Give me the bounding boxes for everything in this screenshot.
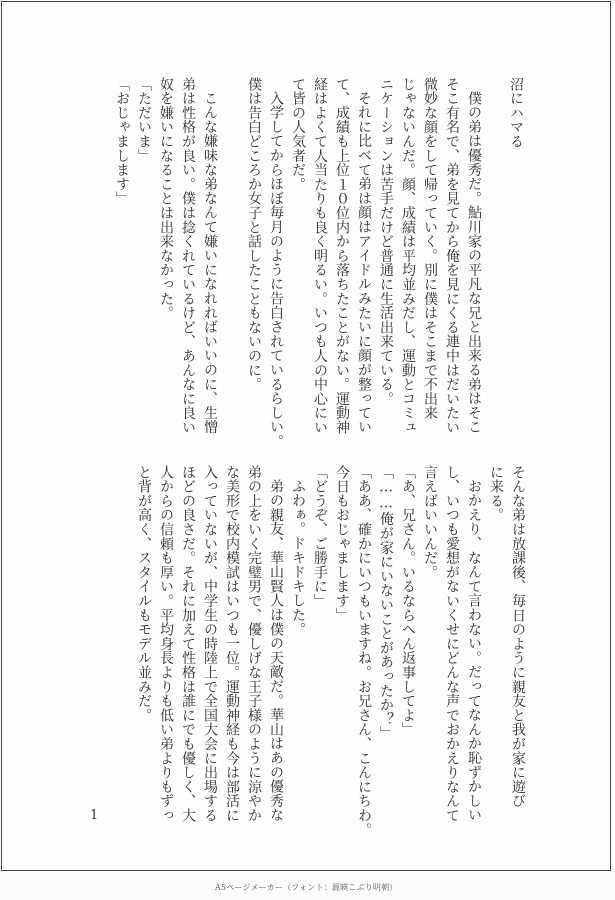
upper-text-line: 奴を嫌いになることは出来なかった。	[159, 77, 173, 320]
upper-text-line: そこ有名で、弟を見てから俺を見にくる連中はだいたい	[445, 77, 459, 435]
footer-caption: A5ページメーカー（フォント：源暎こぶり明朝）	[215, 882, 398, 893]
lower-text-line: 弟の親友、華山賢人は僕の天敵だ。華山はあの優秀な	[269, 479, 283, 822]
chapter-title: 沼にハマる	[509, 77, 523, 149]
lower-text-line: 「……俺が家にいないことがあったか？」	[379, 465, 393, 741]
upper-text-line: じゃないんだ。顔、成績は平均並みだし、運動とコミュ	[401, 77, 415, 435]
upper-text-line: 経はよくて人当たりも良く明るい。いつも人の中心にい	[313, 77, 327, 435]
lower-text-line: な美形で校内模試はいつも一位。運動神経も今は部活に	[225, 465, 239, 823]
upper-text-line: 僕の弟は優秀だ。鮎川家の平凡な兄と出来る弟はそこ	[467, 91, 481, 434]
lower-text-line: 今日もおじゃまします」	[335, 465, 349, 622]
lower-text-line: 「どうぞ、ご勝手に」	[313, 465, 327, 608]
manuscript-page: 沼にハマる 僕の弟は優秀だ。鮎川家の平凡な兄と出来る弟はそこ そこ有名で、弟を見…	[1, 1, 611, 871]
upper-text-line: 「ただいま」	[137, 77, 151, 163]
lower-text-line: 人からの信頼も厚い。平均身長よりも低い弟よりもずっ	[159, 465, 173, 823]
upper-text-line: 微妙な顔をして帰っていく。別に僕はそこまで不出来	[423, 77, 437, 420]
upper-text-line: それに比べて弟は顔はアイドルみたいに顔が整ってい	[357, 91, 371, 434]
lower-text-line: 言えばいいんだ。	[423, 465, 437, 579]
upper-text-line: て皆の人気者だ。	[291, 77, 305, 191]
lower-text-line: そんな弟は放課後、毎日のように親友と我が家に遊び	[511, 465, 525, 808]
footer-bar: A5ページメーカー（フォント：源暎こぶり明朝）	[0, 873, 615, 900]
lower-text-line: 「ああ、確かにいつもいますね。お兄さん、こんにちわ。	[357, 465, 371, 837]
lower-text-line: 「あ、兄さん。いるならへん返事してよ」	[401, 465, 415, 737]
upper-text-line: 僕は告白どころか女子と話したこともないのに。	[247, 77, 261, 392]
upper-text-line: こんな嫌味な弟なんて嫌いになれればいいのに、生憎	[203, 91, 217, 434]
lower-text-line: に来る。	[489, 465, 503, 522]
lower-text-line: 入っていないが、中学生の時陸上で全国大会に出場する	[203, 465, 217, 823]
lower-text-line: し、いつも愛想がないくせにどんな声でおかえりなんて	[445, 465, 459, 823]
page-number: 1	[90, 808, 98, 823]
upper-text-line: ニケーションは苦手だけど普通に生活出来ている。	[379, 77, 393, 406]
lower-text-line: と背が高く、スタイルもモデル並みだ。	[137, 465, 151, 722]
lower-text-line: ほどの良さだ。それに加えて性格は誰にでも優しく、大	[181, 465, 195, 823]
lower-text-line: おかえり、なんて言わない。だってなんか恥ずかしい	[467, 479, 481, 822]
upper-text-line: 弟は性格が良い。僕は捻くれているけど、あんなに良い	[181, 77, 195, 435]
lower-text-line: 弟の上をいく完璧男で、優しげな王子様のように涼やか	[247, 465, 261, 823]
upper-text-line: て、成績も上位１０位内から落ちたことがない。運動神	[335, 77, 349, 435]
upper-text-line: 「おじゃまします」	[115, 77, 129, 206]
upper-text-line: 入学してからほぼ毎月のように告白されているらしい。	[269, 91, 283, 449]
lower-text-line: ふわぁ。ドキドキした。	[291, 479, 305, 636]
